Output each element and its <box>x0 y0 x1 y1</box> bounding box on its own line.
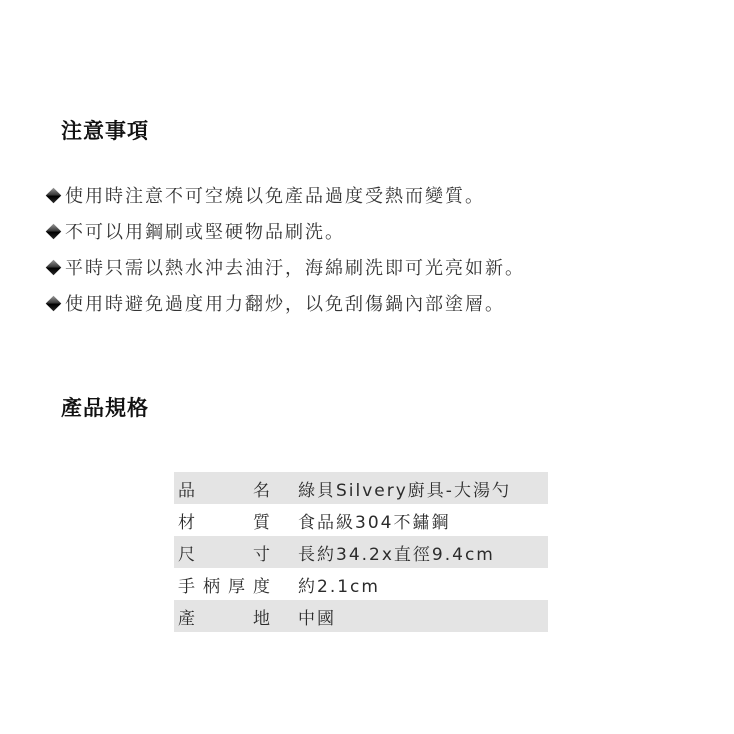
spec-row-size: 尺 寸 長約34.2x直徑9.4cm <box>174 536 548 568</box>
label-char: 度 <box>253 572 272 597</box>
notes-heading: 注意事項 <box>61 118 149 144</box>
spec-label: 品 名 <box>174 472 294 504</box>
note-text: 使用時避免過度用力翻炒，以免刮傷鍋內部塗層。 <box>65 290 505 316</box>
specs-heading: 產品規格 <box>61 395 149 421</box>
spec-label: 尺 寸 <box>174 536 294 568</box>
spec-table: 品 名 綠貝Silvery廚具-大湯勺 材 質 食品級304不鏽鋼 尺 寸 <box>174 472 548 632</box>
spec-row-origin: 產 地 中國 <box>174 600 548 632</box>
spec-value: 約2.1cm <box>294 568 548 600</box>
label-char: 名 <box>253 476 272 501</box>
spec-label: 手 柄 厚 度 <box>174 568 294 600</box>
label-char: 尺 <box>178 540 197 565</box>
label-char: 品 <box>178 476 197 501</box>
note-text: 使用時注意不可空燒以免產品過度受熱而變質。 <box>65 182 485 208</box>
label-char: 手 <box>178 572 197 597</box>
spec-label: 產 地 <box>174 600 294 632</box>
label-char: 質 <box>253 508 272 533</box>
spec-value: 長約34.2x直徑9.4cm <box>294 536 548 568</box>
diamond-bullet-icon <box>46 259 62 275</box>
diamond-bullet-icon <box>46 223 62 239</box>
label-char: 產 <box>178 604 197 629</box>
label-char: 柄 <box>203 572 222 597</box>
label-char: 寸 <box>253 540 272 565</box>
diamond-bullet-icon <box>46 187 62 203</box>
note-item: 使用時避免過度用力翻炒，以免刮傷鍋內部塗層。 <box>45 285 525 321</box>
spec-value: 綠貝Silvery廚具-大湯勺 <box>294 472 548 504</box>
spec-row-name: 品 名 綠貝Silvery廚具-大湯勺 <box>174 472 548 504</box>
note-item: 平時只需以熱水沖去油汙，海綿刷洗即可光亮如新。 <box>45 249 525 285</box>
note-text: 平時只需以熱水沖去油汙，海綿刷洗即可光亮如新。 <box>65 254 525 280</box>
note-item: 使用時注意不可空燒以免產品過度受熱而變質。 <box>45 177 525 213</box>
spec-row-material: 材 質 食品級304不鏽鋼 <box>174 504 548 536</box>
spec-value: 中國 <box>294 600 548 632</box>
spec-row-handle-thickness: 手 柄 厚 度 約2.1cm <box>174 568 548 600</box>
diamond-bullet-icon <box>46 295 62 311</box>
spec-value: 食品級304不鏽鋼 <box>294 504 548 536</box>
spec-label: 材 質 <box>174 504 294 536</box>
note-text: 不可以用鋼刷或堅硬物品刷洗。 <box>65 218 345 244</box>
label-char: 材 <box>178 508 197 533</box>
notes-list: 使用時注意不可空燒以免產品過度受熱而變質。 不可以用鋼刷或堅硬物品刷洗。 平時只… <box>45 177 525 321</box>
label-char: 厚 <box>228 572 247 597</box>
label-char: 地 <box>253 604 272 629</box>
note-item: 不可以用鋼刷或堅硬物品刷洗。 <box>45 213 525 249</box>
